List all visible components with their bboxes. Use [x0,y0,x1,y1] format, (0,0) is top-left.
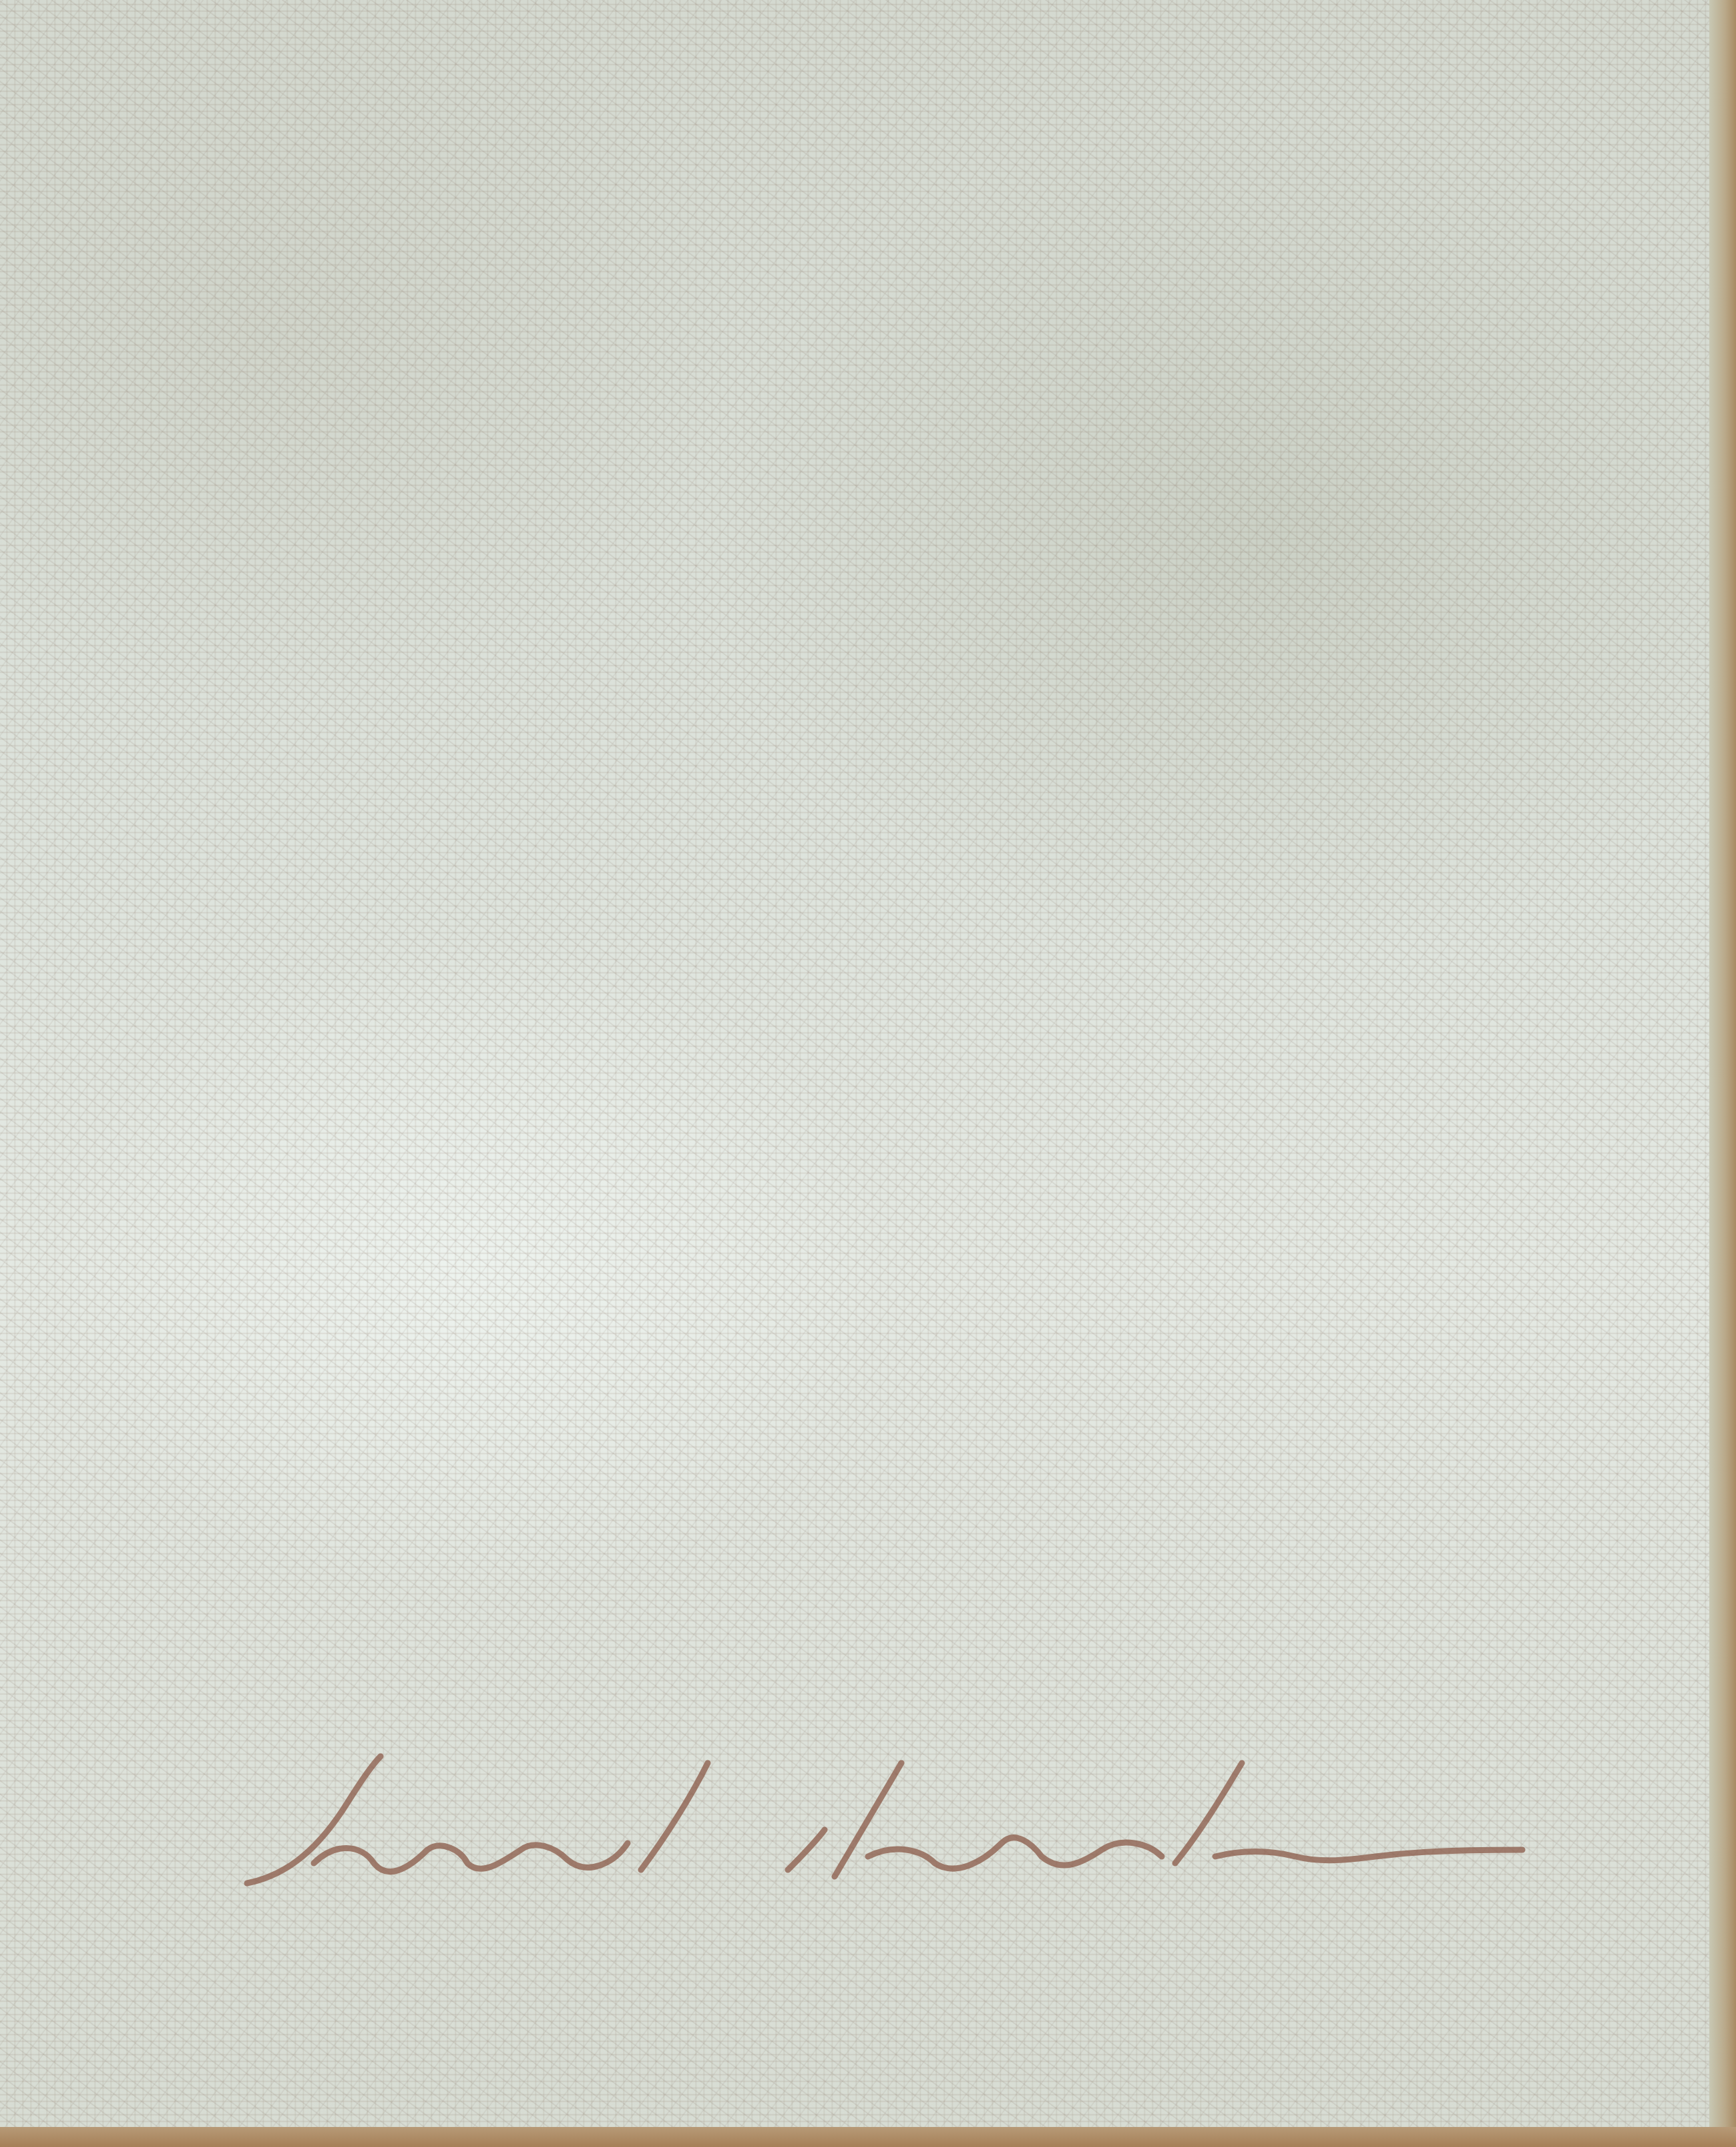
frame-edge-right [1709,0,1736,2147]
handwritten-signature [0,0,1736,2147]
frame-edge-bottom [0,2127,1736,2147]
canvas-photo [0,0,1736,2147]
